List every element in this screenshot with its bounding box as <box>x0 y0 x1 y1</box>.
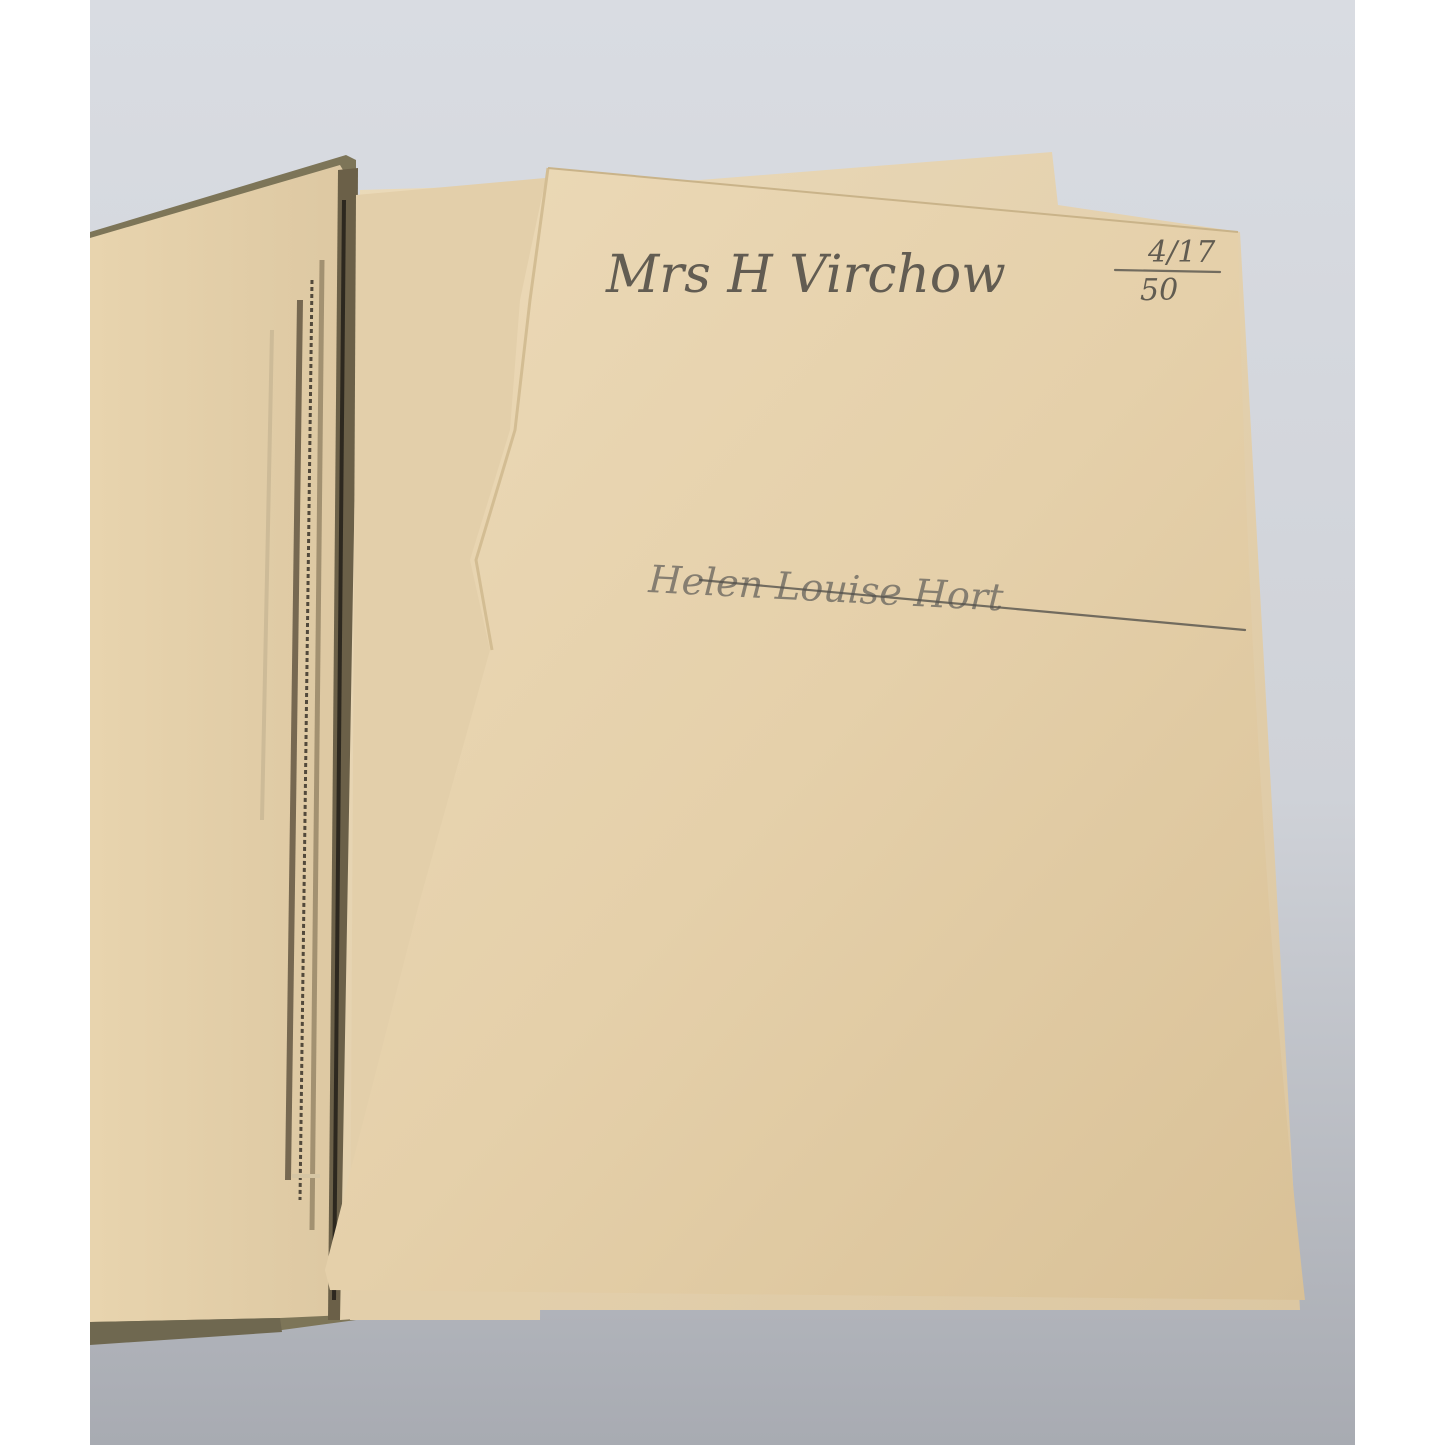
fraction-bottom-text: 50 <box>1140 273 1178 308</box>
owner-name-text: Mrs H Virchow <box>605 245 1006 305</box>
book-scene: Mrs H Virchow 4/17 50 Helen Louise Hort <box>0 0 1445 1445</box>
fraction-top-text: 4/17 <box>1147 235 1216 270</box>
inscription-owner: Mrs H Virchow <box>605 245 1006 305</box>
